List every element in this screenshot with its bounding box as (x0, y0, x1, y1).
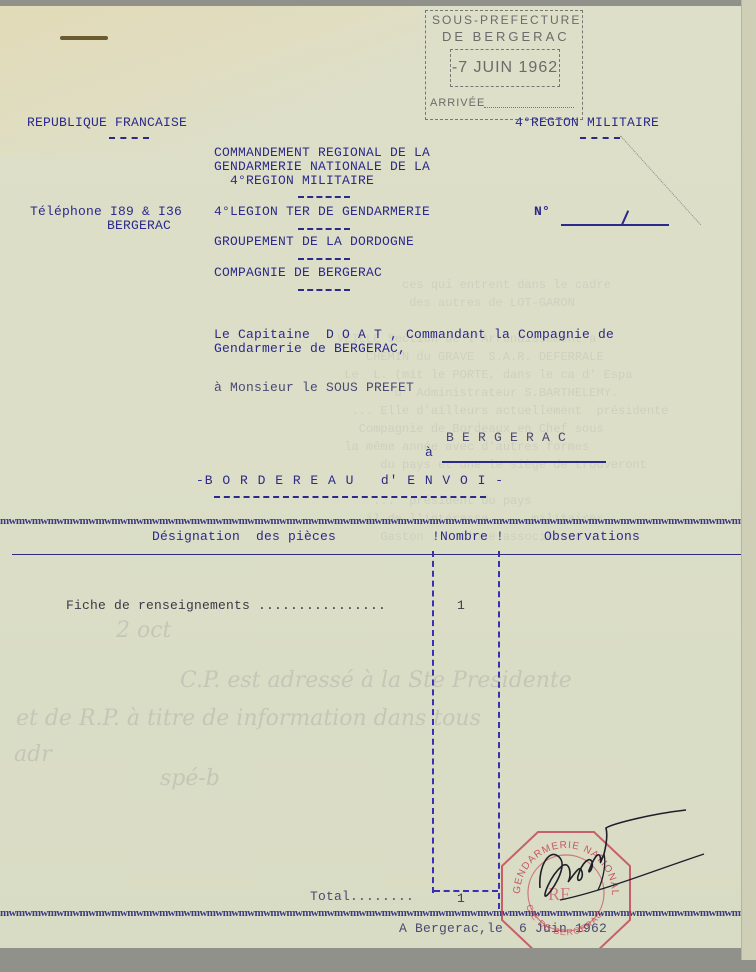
header-line-2: GENDARMERIE NATIONALE DE LA (214, 160, 430, 174)
total-label: Total........ (310, 890, 414, 904)
handwritten-note: et de R.P. à titre de information dans t… (16, 706, 481, 731)
header-line-6: COMPAGNIE DE BERGERAC (214, 266, 382, 280)
sender-line-2: Gendarmerie de BERGERAC, (214, 342, 406, 356)
table-top-border: mwmwmwmwmwmwmwmwmwmwmwmwmwmwmwmwmwmwmwmw… (0, 515, 748, 527)
reference-number-field (561, 224, 669, 226)
document-page: ces qui entrent dans le cadre des autres… (0, 6, 748, 948)
header-line-4: 4°LEGION TER DE GENDARMERIE (214, 205, 430, 219)
table-header-rule (12, 554, 748, 555)
arrival-stamp-label: ARRIVÉE (430, 97, 485, 109)
staple-icon (60, 36, 108, 40)
title-underline (214, 496, 486, 498)
military-region-heading: 4°REGION MILITAIRE (515, 116, 659, 130)
header-line-5: GROUPEMENT DE LA DORDOGNE (214, 235, 414, 249)
destination-prefix: à (425, 446, 433, 460)
arrival-stamp-office: SOUS-PREFECTURE (432, 13, 581, 27)
reference-number-label: N° (534, 205, 550, 219)
header-line-3: 4°REGION MILITAIRE (214, 174, 374, 188)
divider (298, 289, 350, 291)
arrival-stamp: SOUS-PREFECTURE DE BERGERAC -7 JUIN 1962… (425, 10, 583, 120)
handwritten-note: spé-b (160, 766, 220, 791)
arrival-stamp-city: DE BERGERAC (442, 29, 570, 44)
divider (298, 228, 350, 230)
sender-line-1: Le Capitaine D O A T , Commandant la Com… (214, 328, 614, 342)
arrival-stamp-date: -7 JUIN 1962 (450, 49, 560, 87)
destination-city: B E R G E R A C (446, 431, 566, 445)
document-title: -B O R D E R E A U d' E N V O I - (196, 474, 504, 488)
total-value: 1 (457, 892, 465, 906)
divider (298, 196, 350, 198)
fold-crease (620, 134, 703, 225)
underlying-sheet-edge (741, 0, 756, 960)
row-designation: Fiche de renseignements ................ (66, 599, 386, 613)
divider (580, 137, 620, 139)
handwritten-note: 2 oct (116, 618, 171, 643)
telephone-city: BERGERAC (107, 219, 171, 233)
row-nombre: 1 (457, 599, 465, 613)
republic-heading: REPUBLIQUE FRANCAISE (27, 116, 187, 130)
column-header-nombre: !Nombre ! (432, 530, 504, 544)
paper-fold-shadow (0, 6, 420, 156)
column-header-designation: Désignation des pièces (152, 530, 336, 544)
column-header-observations: Observations (544, 530, 640, 544)
divider (109, 137, 149, 139)
handwritten-note: C.P. est adressé à la Ste Presidente (180, 668, 572, 693)
bleed-through-text: ces qui entrent dans le cadre des autres… (330, 276, 668, 546)
recipient-line: à Monsieur le SOUS PREFET (214, 381, 414, 395)
arrival-stamp-dotted-line (484, 107, 574, 108)
signature-icon (520, 806, 710, 926)
header-line-1: COMMANDEMENT REGIONAL DE LA (214, 146, 430, 160)
destination-underline (442, 461, 606, 463)
divider (298, 258, 350, 260)
total-box-rule (434, 890, 498, 892)
handwritten-note: adr (14, 742, 52, 767)
telephone-numbers: Téléphone I89 & I36 (30, 205, 182, 219)
